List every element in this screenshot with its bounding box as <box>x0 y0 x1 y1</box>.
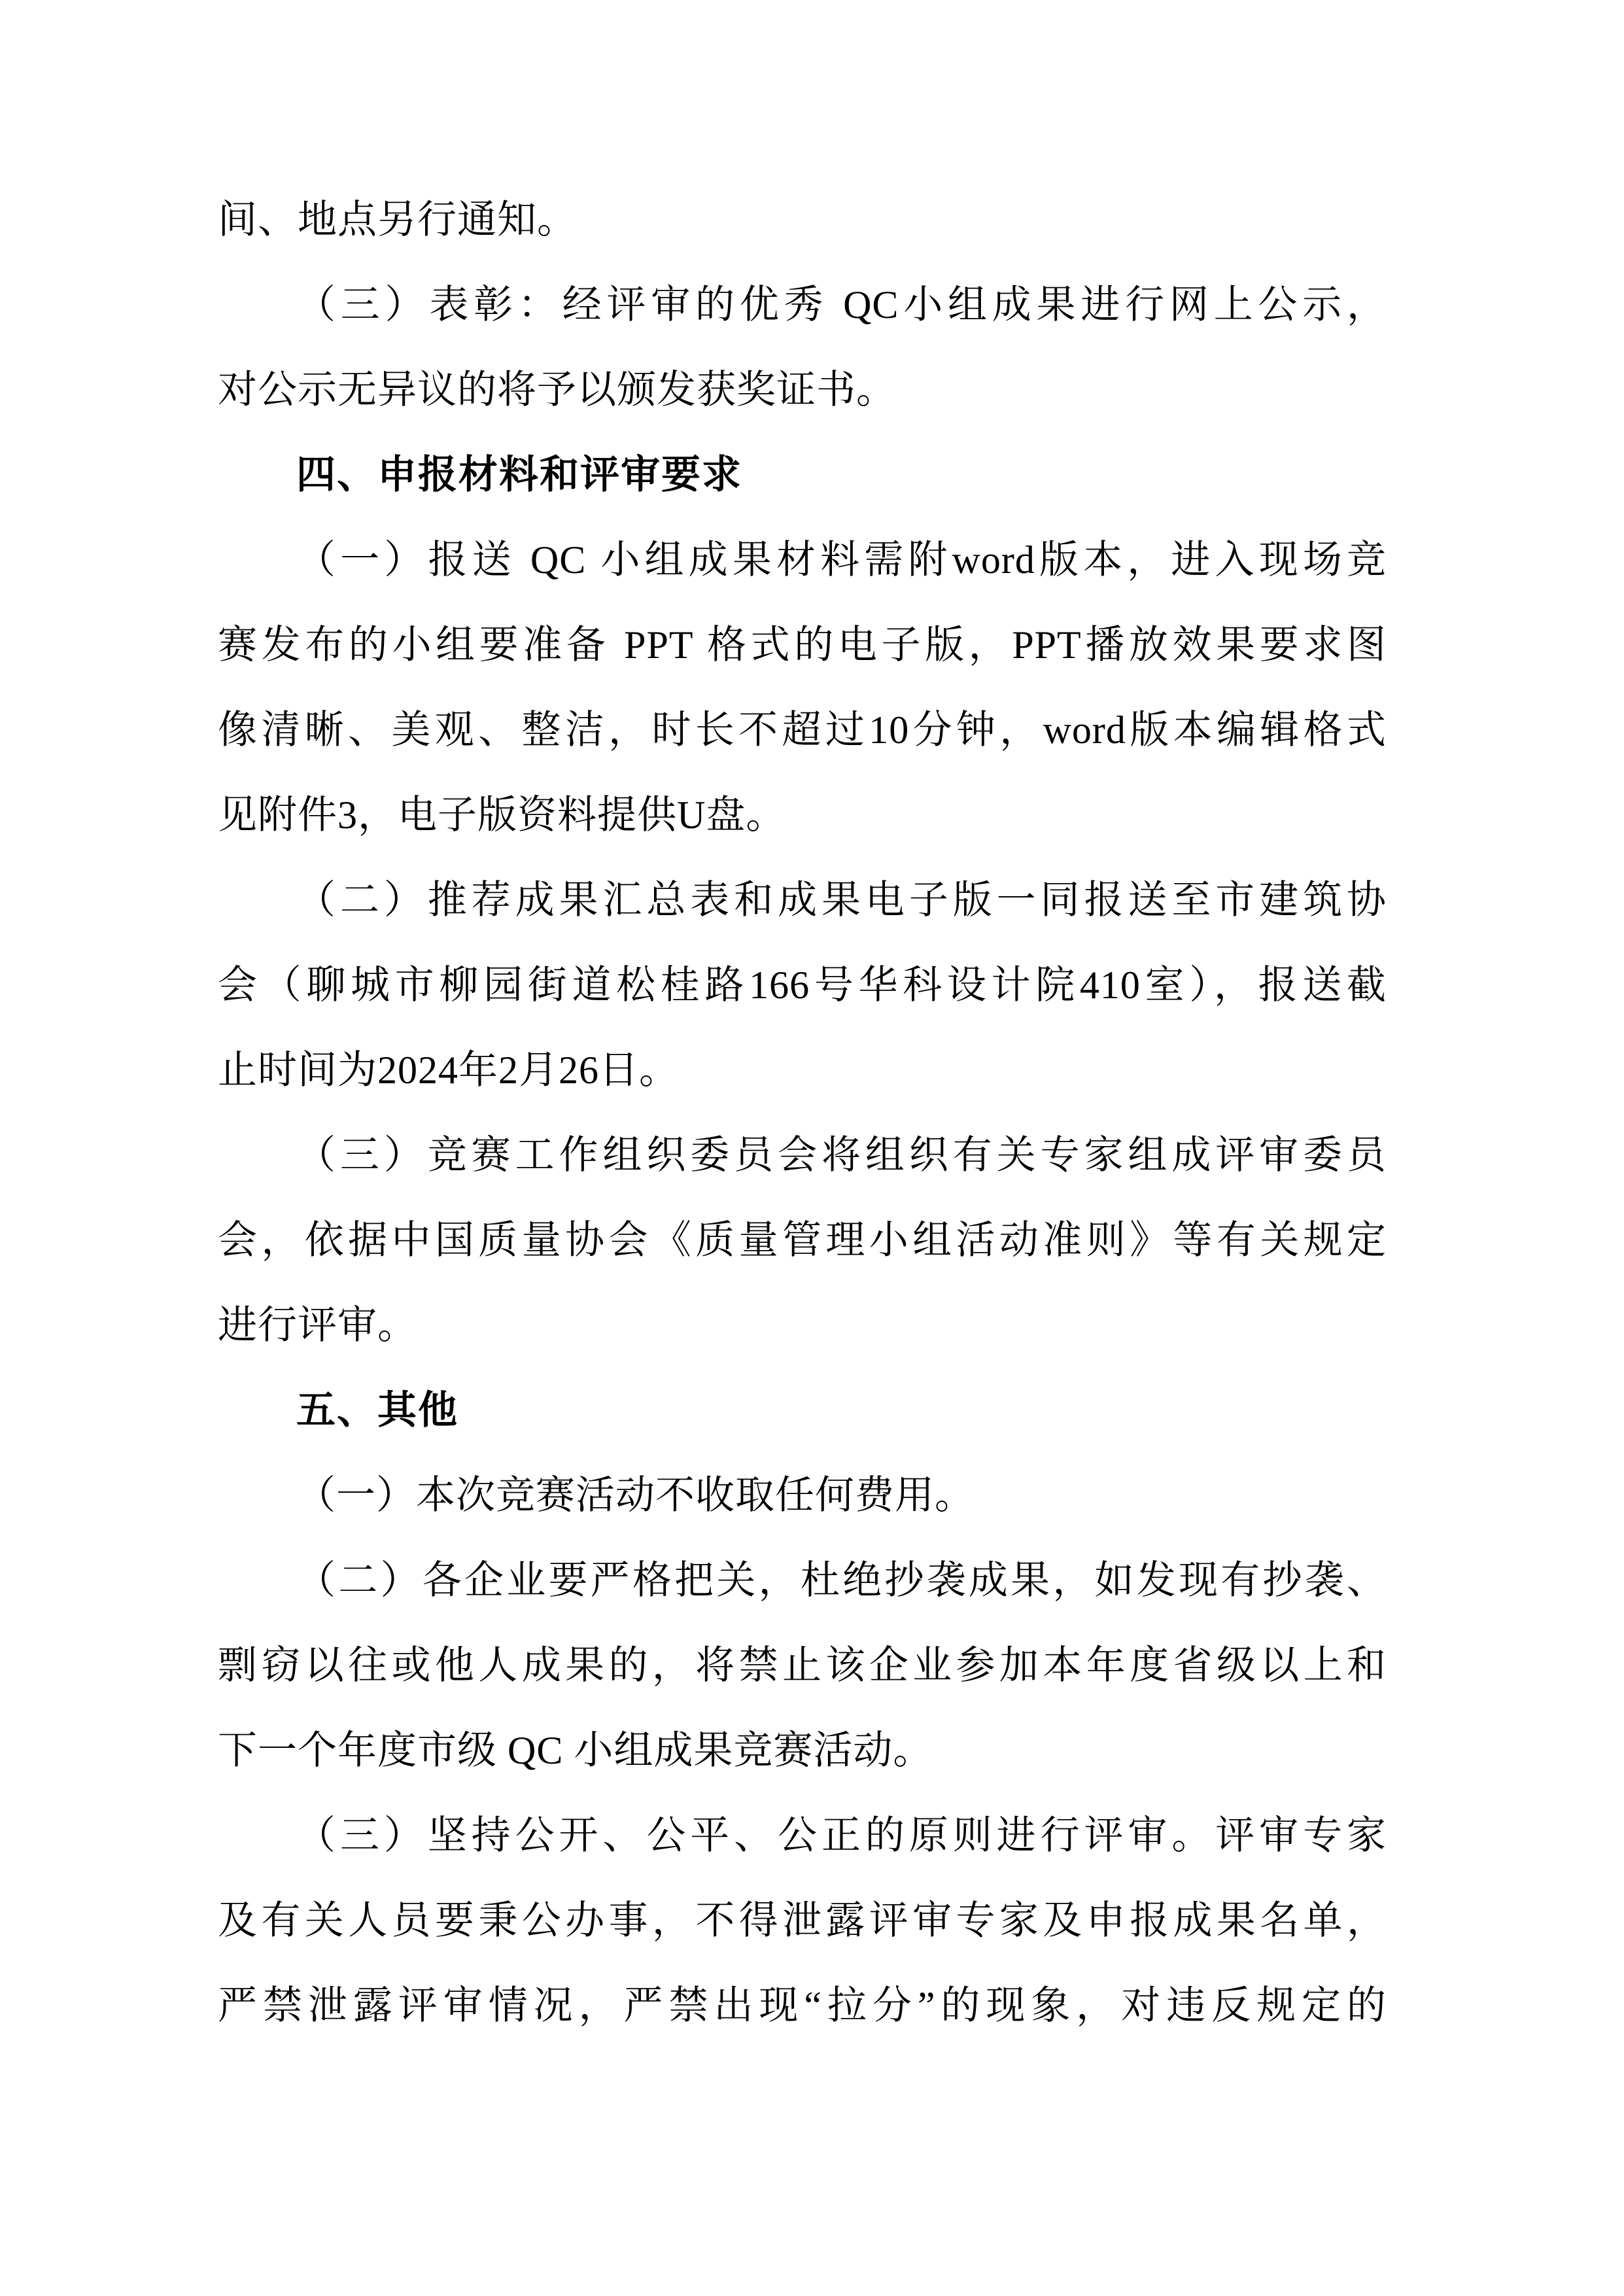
document-page: 间、地点另行通知。（三）表彰：经评审的优秀 QC小组成果进行网上公示，对公示无异… <box>0 0 1624 2296</box>
text-line: 会，依据中国质量协会《质量管理小组活动准则》等有关规定 <box>218 1198 1387 1283</box>
text-line: 严禁泄露评审情况，严禁出现“拉分”的现象，对违反规定的 <box>218 1963 1387 2048</box>
text-line: 剽窃以往或他人成果的，将禁止该企业参加本年度省级以上和 <box>218 1623 1387 1708</box>
text-line: 对公示无异议的将予以颁发获奖证书。 <box>218 347 1387 432</box>
text-line: （一）报送 QC 小组成果材料需附word版本，进入现场竞 <box>218 517 1387 602</box>
text-line: 下一个年度市级 QC 小组成果竞赛活动。 <box>218 1708 1387 1793</box>
text-line: （三）坚持公开、公平、公正的原则进行评审。评审专家 <box>218 1793 1387 1878</box>
text-line: 进行评审。 <box>218 1283 1387 1368</box>
text-line: 像清晰、美观、整洁，时长不超过10分钟，word版本编辑格式 <box>218 687 1387 773</box>
text-line: （二）推荐成果汇总表和成果电子版一同报送至市建筑协 <box>218 858 1387 943</box>
text-line: （三）表彰：经评审的优秀 QC小组成果进行网上公示， <box>218 262 1387 347</box>
section-heading: 四、申报材料和评审要求 <box>218 432 1387 517</box>
text-line: 赛发布的小组要准备 PPT 格式的电子版，PPT播放效果要求图 <box>218 602 1387 687</box>
text-line: 间、地点另行通知。 <box>218 177 1387 262</box>
text-line: 及有关人员要秉公办事，不得泄露评审专家及申报成果名单， <box>218 1878 1387 1963</box>
section-heading: 五、其他 <box>218 1368 1387 1453</box>
document-body: 间、地点另行通知。（三）表彰：经评审的优秀 QC小组成果进行网上公示，对公示无异… <box>218 177 1387 2048</box>
text-line: 会（聊城市柳园街道松桂路166号华科设计院410室），报送截 <box>218 943 1387 1028</box>
text-line: （三）竞赛工作组织委员会将组织有关专家组成评审委员 <box>218 1113 1387 1198</box>
text-line: 见附件3，电子版资料提供U盘。 <box>218 773 1387 858</box>
text-line: 止时间为2024年2月26日。 <box>218 1028 1387 1113</box>
text-line: （二）各企业要严格把关，杜绝抄袭成果，如发现有抄袭、 <box>218 1538 1387 1623</box>
text-line: （一）本次竞赛活动不收取任何费用。 <box>218 1453 1387 1538</box>
